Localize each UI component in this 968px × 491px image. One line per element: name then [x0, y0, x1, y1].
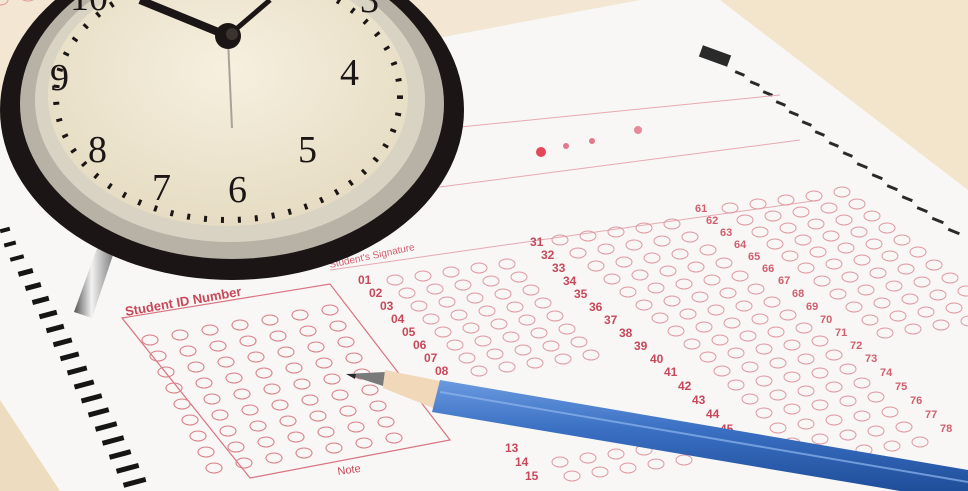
svg-text:61: 61: [695, 203, 707, 215]
svg-text:35: 35: [574, 287, 588, 301]
svg-text:6: 6: [228, 169, 247, 211]
svg-text:78: 78: [940, 423, 952, 435]
svg-text:10: 10: [70, 0, 108, 19]
svg-text:33: 33: [552, 261, 566, 275]
svg-text:39: 39: [634, 339, 648, 353]
svg-text:65: 65: [748, 251, 760, 263]
svg-text:75: 75: [895, 381, 907, 393]
svg-text:32: 32: [541, 248, 555, 262]
svg-text:02: 02: [369, 286, 383, 300]
svg-text:77: 77: [925, 409, 937, 421]
svg-text:31: 31: [530, 235, 544, 249]
svg-text:06: 06: [413, 338, 427, 352]
svg-text:03: 03: [380, 299, 394, 313]
svg-text:5: 5: [298, 129, 317, 171]
svg-text:7: 7: [152, 167, 171, 209]
svg-text:66: 66: [762, 263, 774, 275]
svg-text:70: 70: [820, 314, 832, 326]
svg-text:40: 40: [650, 352, 664, 366]
svg-text:42: 42: [678, 379, 692, 393]
svg-text:34: 34: [563, 274, 577, 288]
svg-text:01: 01: [358, 273, 372, 287]
svg-text:73: 73: [865, 353, 877, 365]
photo-scene: Student ID Number Student's Signature No…: [0, 0, 968, 491]
svg-text:43: 43: [692, 393, 706, 407]
svg-text:71: 71: [835, 327, 847, 339]
svg-text:41: 41: [664, 365, 678, 379]
svg-text:05: 05: [402, 325, 416, 339]
svg-text:67: 67: [778, 275, 790, 287]
svg-text:37: 37: [604, 313, 618, 327]
svg-text:07: 07: [424, 351, 438, 365]
svg-text:44: 44: [706, 407, 720, 421]
svg-text:4: 4: [340, 52, 359, 94]
svg-text:8: 8: [88, 129, 107, 171]
svg-text:15: 15: [525, 469, 539, 483]
svg-text:76: 76: [910, 395, 922, 407]
svg-text:08: 08: [435, 364, 449, 378]
svg-text:74: 74: [880, 367, 893, 379]
svg-text:72: 72: [850, 340, 862, 352]
svg-text:64: 64: [734, 239, 747, 251]
svg-text:13: 13: [505, 441, 519, 455]
svg-text:62: 62: [706, 215, 718, 227]
svg-text:36: 36: [589, 300, 603, 314]
svg-text:38: 38: [619, 326, 633, 340]
svg-text:68: 68: [792, 288, 804, 300]
scene-illustration: Student ID Number Student's Signature No…: [0, 0, 968, 491]
svg-text:14: 14: [515, 455, 529, 469]
svg-text:69: 69: [806, 301, 818, 313]
svg-text:9: 9: [50, 57, 69, 99]
svg-text:04: 04: [391, 312, 405, 326]
svg-text:3: 3: [360, 0, 379, 21]
svg-text:63: 63: [720, 227, 732, 239]
